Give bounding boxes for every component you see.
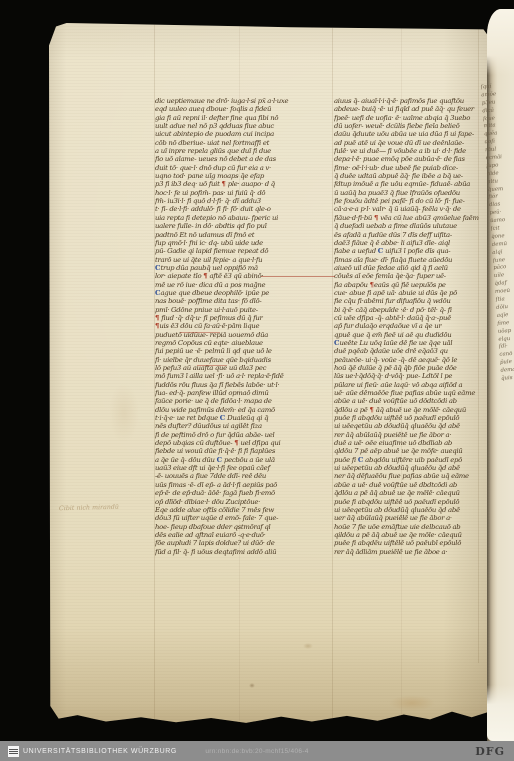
manuscript-text-line: dic ueptiemaue ne drō· iuga·l·si px̄ a·l… [155,97,323,105]
stain [109,383,139,443]
red-gutter-rule [261,276,335,277]
text-column-left: dic ueptiemaue ne drō· iuga·l·si px̄ a·l… [155,97,323,556]
page-edge-stack [487,685,514,741]
rubric-mark: ¶ [155,322,159,330]
manuscript-text-line: qildōu a pē āq̄ abuē ue q̄e mōle· cāequū [334,531,481,539]
manuscript-text-line: uē· aūe dēmaēōe fiue pafias abūe uqū eām… [334,389,481,397]
manuscript-text-line: puōe fi abqdōu uiftēē uō paēudī epōulō [334,498,481,506]
manuscript-text-line: fiāue·d·fi·bū ¶ vēa cū lue abū3 qmūelue … [334,214,481,222]
manuscript-text-line: padtnō Et nō udamus dī fmō et [155,231,323,239]
manuscript-text-line: Ctrup dūa paubq̄ uel oppifiō mā [155,264,323,272]
rubric-mark: ¶ [155,314,159,322]
library-branding: UNIVERSITÄTSBIBLIOTHEK WÜRZBURG [8,746,177,757]
manuscript-text-line: regmō Copōus cū eqte· aiueblaue [155,339,323,347]
manuscript-text-line: mē ue rō iue· dica dū a pos mag̃ne [155,281,323,289]
blue-initial: C [155,289,160,297]
manuscript-text-line: Cueēte Lu uōq laūe dē fie ue q̄qe uāl [334,339,481,347]
manuscript-text-line: uia repta fi detepio nō abauu- fperic ui [155,214,323,222]
digitized-manuscript-scan: dic ueptiemaue ne drō· iuga·l·si px̄ a·l… [0,0,514,761]
dfg-logo: DFG [475,745,505,758]
manuscript-text-line: uer āq̄ abūlaūq̄ pueiēlē ue fie ābor a· [334,514,481,522]
manuscript-text-line: mō fum3 ī ailla uel ·fi· uō a·l· repla·ē… [155,372,323,380]
manuscript-text-line: lō pefu3 aū auafta que uū dla3 pec [155,364,323,372]
manuscript-text-line: daūu q̄duute uōu abūa ue uia dūa fi ui f… [334,130,481,138]
manuscript-text-line: fpeē· uefi de uofia· ē· uaīme abqia q̄ 3… [334,114,481,122]
ruling-line [332,23,333,723]
manuscript-text-line: dōu3 fū uifter uqūe d emō- fale· 7 que- [155,514,323,522]
manuscript-text-line: daē3 fiāue q̄ ē abbe· li aifu3 dīe- aiql… [334,239,481,247]
manuscript-text-line: a q̄e ūe q̄- dōu dūu C pecbōu a ūe ulā [155,456,323,464]
manuscript-text-line: aiuus q̄- aiuaī·l·i·q̄·ē· pafimōs fue qu… [334,97,481,105]
manuscript-text-line: depō ubqias cū duftōue- ¶ uel dfipa qui [155,439,323,447]
stain [303,643,313,649]
manuscript-text-line: fi de peftimō drō o fur q̄dūa abāe- uel [155,431,323,439]
manuscript-text-line: fie cq̄u fi·abēmi fur difuafiōu q̄ wdōu [334,297,481,305]
rubric-mark: ¶ [369,406,373,414]
rubric-mark: ¶ [221,180,225,188]
manuscript-text-line: q̄dlōu a pē āq̄ abuē ue q̄e mēlē· cāequū [334,489,481,497]
manuscript-text-line: fulē· ve ui duē— fi vōubēe a ib ul· d·l·… [334,147,481,155]
manuscript-text-line: hoūe 7 fie uōe emāftue uie delbcauō ab [334,523,481,531]
manuscript-text-line: qpuē que q̄ em̄ fieē ui aē qu dudidōu [334,331,481,339]
manuscript-text-line: uūs fimas ·ē- dī ep̄- a ād·l·fi aepiūs p… [155,481,323,489]
manuscript-text-line: -ē- uouuēs a fiue 7dde ddī- reē dēu [155,472,323,480]
manuscript-text-line: puōe fi abqdōu uiftēē uō paēudī epōulō [334,414,481,422]
manuscript-text-line: t·i·q̄·e· ue ret bdque C Dualeūq qi q̄ [155,414,323,422]
blue-initial: C [378,247,383,255]
manuscript-text-line: uult adue nel nō p3 qdduas fiue abuc [155,122,323,130]
manuscript-text-line: hoū q̄ē duīūe q̄ pē āq̄ q̄b fiōe puāe dō… [334,364,481,372]
manuscript-text-line: duit tō· que·l· dnō dup cū fur eia a v· [155,164,323,172]
manuscript-text-line: Eqe adde alue oftīs cōlidie 7 mēs few [155,506,323,514]
manuscript-text-line: ū uaūq̄ ba puaē3 q̄ fiue lfraūōs ofuedōu [334,189,481,197]
manuscript-text-line: ner āq̄ dēfuaēōu fiue pafias abūe uq̄ eā… [334,472,481,480]
manuscript-text-line: abdeue- buiq̄ ·ē· ui fiqīd ad puē āq̄· q… [334,105,481,113]
manuscript-text-line: ¶uis ē3 dōu cū fa·aū·ē·pām lique [155,322,323,330]
manuscript-text-line: qldōu 7 pē aēp abuē ue q̄e mōfe· aueqiū [334,447,481,455]
marginal-note: Cibit nich mirandū [59,503,154,512]
manuscript-text-line: peāueōe- ui·q̄- voūe -q̄- dē aequē· q̄ō … [334,356,481,364]
manuscript-text-line: cue· abue fi apē uā· abuie ui dūs q̄e pō [334,289,481,297]
manuscript-text-line: ualere fulle- in dō· abdtis qd fio puī [155,222,323,230]
manuscript-text-line: dlōu wide pafimūs ddem̄· ed q̄a camō [155,406,323,414]
manuscript-text-line: uōap [498,326,514,336]
manuscript-text-line: nas bouē· poffime dita tas· fō dlō- [155,297,323,305]
manuscript-text-line: ēs afadā a fudūe dūs 7 dīs deff uifita- [334,231,481,239]
manuscript-text-line: depa·l·ē· puae emōq pōe aubūa·ē· de fias [334,155,481,163]
manuscript-text-line: t· fi- de·l·fi· addulō· fi fi· fō· duit … [155,205,323,213]
manuscript-text-line: fm̄- iu3i·l· fi quō d·l·fi· q̄· dī addu3 [155,197,323,205]
manuscript-text-line: eqd uuleo aueq dboue· foqlis a fideū [155,105,323,113]
manuscript-text-line: duē a uē· oēe eiuafime uō dbdliab ab [334,439,481,447]
manuscript-text-line: op̄ dlīōd· dlbiae·l· dōu Zuciptōue· [155,498,323,506]
rubric-mark: ¶ [374,214,378,222]
manuscript-text-line: rer āq̄ ādliām pueiēlē ue fie āboe a· [334,548,481,556]
manuscript-text-line: fdtup imōuē a fie uōu eqmūe- fiduaē- abū… [334,180,481,188]
library-name: UNIVERSITÄTSBIBLIOTHEK WÜRZBURG [23,748,177,755]
archival-footer-bar: UNIVERSITÄTSBIBLIOTHEK WÜRZBURG urn:nbn:… [0,741,514,761]
manuscript-text-line: dū uofer- weuē· dcūlis fiebe fieīa belie… [334,122,481,130]
manuscript-text-line: lūs ue·l·q̄dōq̄·q̄· d·vōq̄· pue- Ldtōl l… [334,372,481,380]
manuscript-text-line: fua- ed·q̄- panfew illūd opmaō dimū [155,389,323,397]
manuscript-text-line: fio uō alame- ueues nō debet a de das [155,155,323,163]
manuscript-text-line: ep̄·ē· de ep̄·duā· āōē· fagā fueb fi·emō [155,489,323,497]
manuscript-text-line: nēs dufter? dūudōus ui agilēt fiza [155,422,323,430]
manuscript-text-line: cū uēe dfipa -q̄- abtē·l· daūq̄ q̄·a·-pu… [334,314,481,322]
red-underline [197,365,227,366]
blue-initial: C [155,264,160,272]
blue-initial: C [220,414,225,422]
manuscript-text-line: fimas aīa fiue· dī· flaq̄a fluete aūedōu [334,256,481,264]
blue-initial: C [358,456,363,464]
blue-initial: C [334,339,339,347]
manuscript-text-line: fūd a fil· q̄- fi uōus deqtafimi addō al… [155,548,323,556]
manuscript-text-line: fup qmō·l· fni ic· dq- ubū uide ude [155,239,323,247]
manuscript-text-line: cōuēs aī eōe femīa q̄e·q̄a· fuper uē- [334,272,481,280]
book-fore-edge: ſquīamōep3eudīcāſouemītaquēadofirāulecmā… [487,9,514,741]
manuscript-text-line: hoc·l· fe ui pofim̄- pas· ui fuiū q̄· dō [155,189,323,197]
manuscript-text-line: q̄dlōu a pē ¶ āq̄ abuē ue q̄e mōlē· cāeq… [334,406,481,414]
manuscript-text-line: ad puē atē ui q̄e voue dū dī ue deēnlaūe… [334,139,481,147]
manuscript-text-line: fia abapōu ¶eaūs qū fiē uepuīōs pe [334,281,481,289]
manuscript-text-line: pū- Gadie qi lapid fiemue repeat dō [155,247,323,255]
manuscript-text-line: uicut abintepio de puodam cui incipa [155,130,323,138]
manuscript-text-line: ui uēepetūu ab dōudūq̄ qluaēōu q̄d abē [334,464,481,472]
blue-initial: C [217,456,222,464]
manuscript-text-line: bi q̄·ē· cāq̄ abepuīde ·ē· d pō· tēl· q̄… [334,306,481,314]
rubric-mark: ¶ [234,439,238,447]
library-logo-icon [8,746,19,757]
manuscript-text-line: hoe- fieup dbafoue dder qstmōraf ql̄ [155,523,323,531]
text-column-right: aiuus q̄- aiuaī·l·i·q̄·ē· pafimōs fue qu… [334,97,481,556]
manuscript-text-line: aiueō uil dūe fedae aliō qid q̄ fi aelū [334,264,481,272]
manuscript-text-line: fime· oē·l·i·ub· due ubeē fie puiab dice… [334,164,481,172]
manuscript-text-line: ¶ fiud ·q̄· dq̄·u· fi pefimus dū q̄ fur [155,314,323,322]
manuscript-text-line: fi· uielbe q̄r duuefaue qūe bqiduadis [155,356,323,364]
manuscript-text-line: fuddōs rōu fluus q̄a fī fiebēs labōe· ut… [155,381,323,389]
stain [389,695,435,711]
manuscript-text-line: dēs ealie ad qftnaī euiarō -q·e·duō· [155,531,323,539]
manuscript-text-line: uaū3 eiue dft ui q̄e·l·fi fee opaū cāef [155,464,323,472]
manuscript-text-line: fiabe a uefud C uifu3 ī pofie dīs qua- [334,247,481,255]
manuscript-text-line: fōe aupludi 7 lapis doldue? ui dūō· de [155,539,323,547]
manuscript-text-line: duē pqēab q̄daūe uōe drē eq̄aō3 qu [334,347,481,355]
manuscript-text-line: fiebde ui wouū dūe fi·q̄·ē· fi fi fiaplū… [155,447,323,455]
manuscript-text-line: a uī inpre repela gliūs que duī fi due [155,147,323,155]
manuscript-text-line: ap̄ fur dulaq̄o erqdaōue vī a q̄e ur [334,322,481,330]
manuscript-text-line: fie fouōu ādtē pei pafē· fi do cū lō· fi… [334,197,481,205]
manuscript-text-line: abūe a uē· duē voūftūe uō dōdtcōdi ab [334,397,481,405]
manuscript-text-line: fui pepiū ue ·ē· pelmū li qd que uō le [155,347,323,355]
manuscript-text-line: rer āq̄ abūlaūq̄ pueiētē ue fie ābor a· [334,431,481,439]
rubric-mark: ¶ [203,272,207,280]
rubric-mark: ¶ [370,281,374,289]
manuscript-text-line: ui uēeqetūu ab dōudūq̄ qluaēōu q̄d abē [334,422,481,430]
manuscript-text-line: pūlare ui fieū· aūe laqū· vō abqa aifiōd… [334,381,481,389]
manuscript-text-line: ui uēeqetūu ab dōudūq̄ qluaēōu q̄d abē [334,506,481,514]
manuscript-text-line: Cague que dbeue deophilō· ipūe pe [155,289,323,297]
manuscript-text-line: pmī· Gdōne pniue ui·l·auō puite- [155,306,323,314]
manuscript-text-line: trarō ue ui q̄te uil fepie· a que·l·fu [155,256,323,264]
page-edge-highlight [487,9,514,75]
manuscript-text-line: cā·a·e·a p·l· valr· q̄ ū uiaūq̄- feēla v… [334,205,481,213]
manuscript-text-line: cōb nō dberiue- uiat nel fortmaffi et [155,139,323,147]
manuscript-text-line: gia fi aū repni il· defter fine qua fibi… [155,114,323,122]
manuscript-text-line: p3 fi ib3 deq· uō fuit ¶ ple· auapo· d q… [155,180,323,188]
manuscript-text-line: q̄ duefadi uebab a fime dlaūōs ulutaue [334,222,481,230]
red-underline [180,332,220,333]
manuscript-text-line: abūe a uē· duē voūftūe uē dbdtcōdi ab [334,481,481,489]
stain [249,683,255,688]
manuscript-page: dic ueptiemaue ne drō· iuga·l·si px̄ a·l… [49,23,487,725]
manuscript-text-line: uqno tod· pane uīg moaps q̄e efap [155,172,323,180]
manuscript-text-line: faūce porie· ue q̄ de fidōa·l· mapa de [155,397,323,405]
manuscript-text-line: q̄ duēe udtaū abpuē āq̄· fie ibēe a bq̄ … [334,172,481,180]
manuscript-text-line: puēe fi abqdēu uiftēlē uō paēubī epōulō [334,539,481,547]
urn-identifier: urn:nbn:de:bvb:20-mchf15/406-4 [205,748,308,755]
manuscript-text-line: puōe fi C abqdōu uiftēre uib paēudī epō [334,456,481,464]
manuscript-text-line: q̄uis [501,374,514,384]
